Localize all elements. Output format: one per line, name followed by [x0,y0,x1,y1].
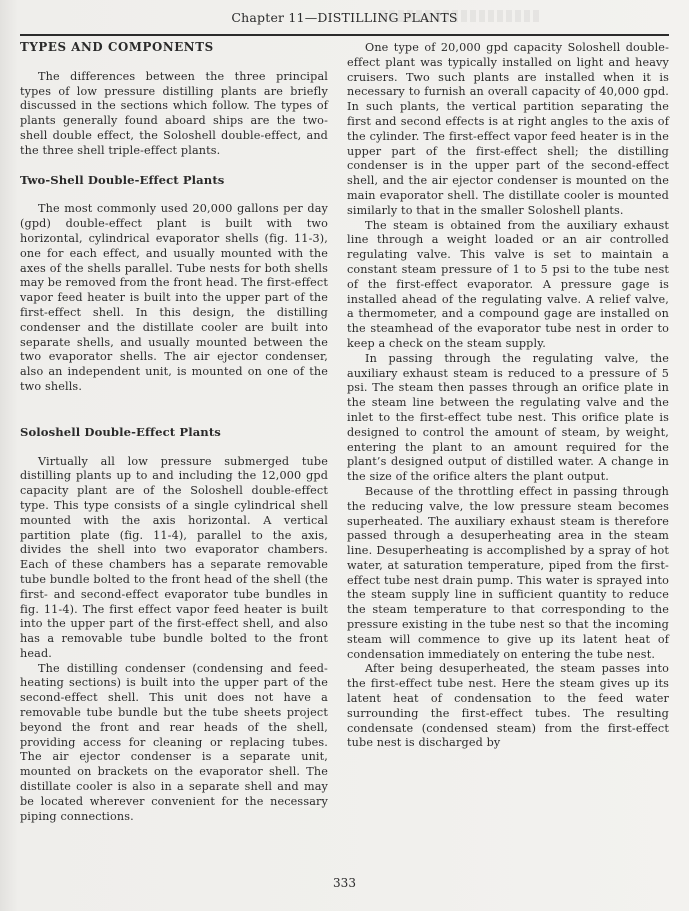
page-number: 333 [0,876,689,890]
spacer [20,187,328,202]
left-column: TYPES AND COMPONENTS The differences bet… [20,40,328,824]
intro-paragraph: The differences between the three princi… [20,70,328,159]
right-paragraph-condensate: After being desuperheated, the steam pas… [347,662,669,751]
right-paragraph-steam-supply: The steam is obtained from the auxiliary… [347,219,669,352]
two-shell-paragraph: The most commonly used 20,000 gallons pe… [20,202,328,394]
subsection-title-two-shell: Two-Shell Double-Effect Plants [20,173,328,188]
document-page: Chapter 11—DISTILLING PLANTS TYPES AND C… [0,0,689,911]
section-title: TYPES AND COMPONENTS [20,40,328,55]
spacer [20,395,328,425]
subsection-title-soloshell: Soloshell Double-Effect Plants [20,425,328,440]
running-head: Chapter 11—DISTILLING PLANTS [0,10,689,25]
spacer [20,440,328,455]
soloshell-paragraph-2: The distilling condenser (condensing and… [20,662,328,825]
right-paragraph-desuperheating: Because of the throttling effect in pass… [347,485,669,663]
header-rule [20,34,669,36]
right-paragraph-cruisers: One type of 20,000 gpd capacity Soloshel… [347,41,669,219]
right-paragraph-orifice: In passing through the regulating valve,… [347,352,669,485]
soloshell-paragraph-1: Virtually all low pressure submerged tub… [20,455,328,662]
spacer [20,159,328,173]
right-column: One type of 20,000 gpd capacity Soloshel… [347,41,669,751]
spacer [20,55,328,70]
